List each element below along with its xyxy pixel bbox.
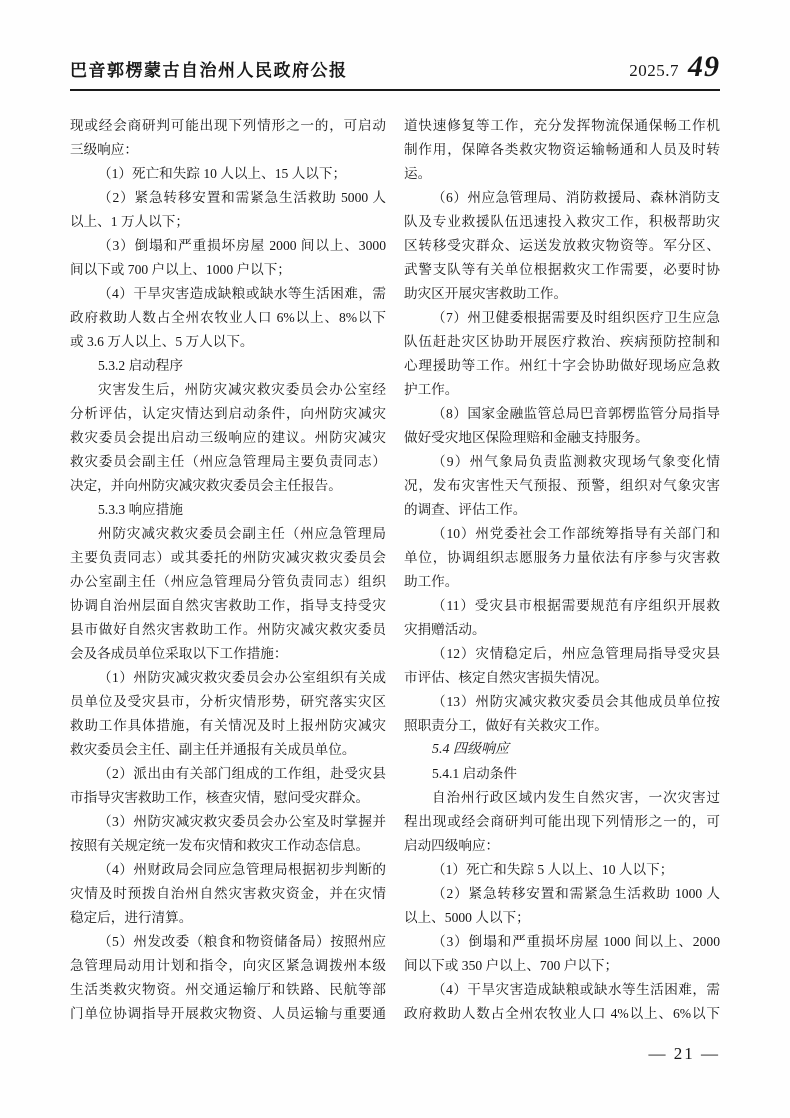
text-line: （1）死亡和失踪 5 人以上、10 人以下； [404,858,720,882]
text-line: （6）州应急管理局、消防救援局、森林消防支 [404,186,720,210]
text-line: （3）倒塌和严重损坏房屋 1000 间以上、2000 [404,930,720,954]
text-line: 灾情及时预拨自治州自然灾害救灾资金，并在灾情 [70,882,386,906]
text-line: （8）国家金融监管总局巴音郭楞监管分局指导 [404,402,720,426]
page-number: — 21 — [649,1044,721,1063]
text-line: 政府救助人数占全州农牧业人口 6%以上、8%以下 [70,306,386,330]
text-line: 5.3.3 响应措施 [70,498,386,522]
text-line: 现或经会商研判可能出现下列情形之一的，可启动 [70,114,386,138]
text-line: （2）紧急转移安置和需紧急生活救助 5000 人 [70,186,386,210]
text-line: 区转移受灾群众、运送发放救灾物资等。军分区、 [404,234,720,258]
text-line: 队及专业救援队伍迅速投入救灾工作，积极帮助灾 [404,210,720,234]
text-line: （7）州卫健委根据需要及时组织医疗卫生应急 [404,306,720,330]
text-line: 市评估、核定自然灾害损失情况。 [404,666,720,690]
text-line: （4）州财政局会同应急管理局根据初步判断的 [70,858,386,882]
text-line: 分析评估，认定灾情达到启动条件，向州防灾减灾 [70,402,386,426]
text-line: （1）州防灾减灾救灾委员会办公室组织有关成 [70,666,386,690]
text-line: 运。 [404,162,720,186]
text-line: 州防灾减灾救灾委员会副主任（州应急管理局 [70,522,386,546]
text-line: 武警支队等有关单位根据救灾工作需要，必要时协 [404,258,720,282]
text-line: 启动四级响应： [404,834,720,858]
text-line: 间以下或 700 户以上、1000 户以下； [70,258,386,282]
text-line: 政府救助人数占全州农牧业人口 4%以上、6%以下 [404,1002,720,1026]
text-line: 5.3.2 启动程序 [70,354,386,378]
text-line: 救灾委员会副主任（州应急管理局主要负责同志） [70,450,386,474]
text-line: 照职责分工，做好有关救灾工作。 [404,714,720,738]
body-columns: 现或经会商研判可能出现下列情形之一的，可启动三级响应：（1）死亡和失踪 10 人… [70,114,720,1026]
text-line: 市指导灾害救助工作，核查灾情，慰问受灾群众。 [70,786,386,810]
text-line: （10）州党委社会工作部统筹指导有关部门和 [404,522,720,546]
text-line: 灾害发生后，州防灾减灾救灾委员会办公室经 [70,378,386,402]
text-line: （2）派出由有关部门组成的工作组，赴受灾县 [70,762,386,786]
text-line: 决定，并向州防灾减灾救灾委员会主任报告。 [70,474,386,498]
text-line: （1）死亡和失踪 10 人以上、15 人以下； [70,162,386,186]
text-line: 主要负责同志）或其委托的州防灾减灾救灾委员会 [70,546,386,570]
text-line: （12）灾情稳定后，州应急管理局指导受灾县 [404,642,720,666]
page-header: 巴音郭楞蒙古自治州人民政府公报 2025.7 49 [70,56,720,91]
text-line: 以上、1 万人以下； [70,210,386,234]
text-line: 间以下或 350 户以上、700 户以下； [404,954,720,978]
text-line: 员单位及受灾县市，分析灾情形势，研究落实灾区 [70,690,386,714]
text-line: （5）州发改委（粮食和物资储备局）按照州应 [70,930,386,954]
text-line: （11）受灾县市根据需要规范有序组织开展救 [404,594,720,618]
issue-number: 49 [688,57,720,77]
gazette-page: 巴音郭楞蒙古自治州人民政府公报 2025.7 49 现或经会商研判可能出现下列情… [0,0,790,1118]
text-line: （9）州气象局负责监测救灾现场气象变化情 [404,450,720,474]
text-line: 制作用，保障各类救灾物资运输畅通和人员及时转 [404,138,720,162]
text-line: 会及各成员单位采取以下工作措施： [70,642,386,666]
text-line: （4）干旱灾害造成缺粮或缺水等生活困难，需 [70,282,386,306]
text-line: 单位，协调组织志愿服务力量依法有序参与灾害救 [404,546,720,570]
text-line: 助灾区开展灾害救助工作。 [404,282,720,306]
section-heading-line: 5.4 四级响应 [404,738,720,762]
gazette-title: 巴音郭楞蒙古自治州人民政府公报 [70,56,348,81]
text-line: 队伍赶赴灾区协助开展医疗救治、疾病预防控制和 [404,330,720,354]
page-footer: — 21 — [649,1044,721,1064]
text-line: 办公室副主任（州应急管理局分管负责同志）组织 [70,570,386,594]
text-line: （3）倒塌和严重损坏房屋 2000 间以上、3000 [70,234,386,258]
text-line: 以上、5000 人以下； [404,906,720,930]
text-line: （13）州防灾减灾救灾委员会其他成员单位按 [404,690,720,714]
text-line: 做好受灾地区保险理赔和金融支持服务。 [404,426,720,450]
text-line: （3）州防灾减灾救灾委员会办公室及时掌握并 [70,810,386,834]
text-line: 况，发布灾害性天气预报、预警，组织对气象灾害 [404,474,720,498]
text-line: 救助工作具体措施，有关情况及时上报州防灾减灾 [70,714,386,738]
text-line: 或 3.6 万人以上、5 万人以下。 [70,330,386,354]
text-line: 自治州行政区域内发生自然灾害，一次灾害过 [404,786,720,810]
text-line: 三级响应： [70,138,386,162]
text-line: 护工作。 [404,378,720,402]
issue-date: 2025.7 [629,61,679,81]
text-line: 的调查、评估工作。 [404,498,720,522]
text-line: 协调自治州层面自然灾害救助工作，指导支持受灾 [70,594,386,618]
text-line: 县市做好自然灾害救助工作。州防灾减灾救灾委员 [70,618,386,642]
text-line: 救灾委员会主任、副主任并通报有关成员单位。 [70,738,386,762]
text-line: 按照有关规定统一发布灾情和救灾工作动态信息。 [70,834,386,858]
right-column: 道快速修复等工作，充分发挥物流保通保畅工作机制作用，保障各类救灾物资运输畅通和人… [404,114,720,1026]
text-line: 道快速修复等工作，充分发挥物流保通保畅工作机 [404,114,720,138]
text-line: 门单位协调指导开展救灾物资、人员运输与重要通 [70,1002,386,1026]
text-line: 心理援助等工作。州红十字会协助做好现场应急救 [404,354,720,378]
text-line: 稳定后，进行清算。 [70,906,386,930]
text-line: 程出现或经会商研判可能出现下列情形之一的，可 [404,810,720,834]
text-line: 急管理局动用计划和指令，向灾区紧急调拨州本级 [70,954,386,978]
text-line: 5.4.1 启动条件 [404,762,720,786]
text-line: 救灾委员会提出启动三级响应的建议。州防灾减灾 [70,426,386,450]
text-line: （2）紧急转移安置和需紧急生活救助 1000 人 [404,882,720,906]
text-line: 助工作。 [404,570,720,594]
text-line: 生活类救灾物资。州交通运输厅和铁路、民航等部 [70,978,386,1002]
text-line: （4）干旱灾害造成缺粮或缺水等生活困难，需 [404,978,720,1002]
text-line: 灾捐赠活动。 [404,618,720,642]
left-column: 现或经会商研判可能出现下列情形之一的，可启动三级响应：（1）死亡和失踪 10 人… [70,114,386,1026]
